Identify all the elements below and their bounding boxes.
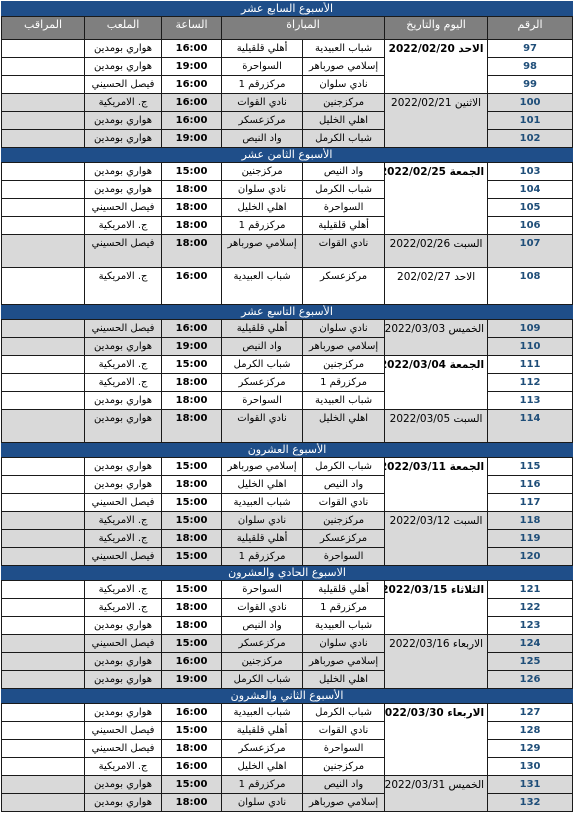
away-team: اهلي الخليل [222,758,303,776]
venue: ج. الامريكية [85,94,162,112]
home-team: شباب العبيدية [303,392,385,410]
week-title: الأسبوع الثامن عشر [2,148,573,163]
match-day-date: الاحد 2022/02/20 [385,40,488,94]
home-team: شباب الكرمل [303,458,385,476]
kickoff-time: 18:00 [162,199,222,217]
observer [2,374,85,392]
match-number: 101 [488,112,573,130]
venue: هواري بومدين [85,163,162,181]
observer [2,494,85,512]
match-row: 98إسلامي صورباهرالسواحرة19:00هواري بومدي… [2,58,573,76]
match-row: 127الاربعاء 2022/03/30شباب الكرملشباب ال… [2,704,573,722]
home-team: السواحرة [303,740,385,758]
observer [2,130,85,148]
match-row: 111الجمعة 2022/03/04مركزجنينشباب الكرمل1… [2,356,573,374]
away-team: واد النيص [222,130,303,148]
match-row: 102شباب الكرملواد النيص19:00هواري بومدين [2,130,573,148]
match-row: 125إسلامي صورباهرمركزجنين16:00هواري بومد… [2,653,573,671]
observer [2,740,85,758]
week-header-row: الأسبوع الثامن عشر [2,148,573,163]
observer [2,635,85,653]
away-team: مركزعسكر [222,635,303,653]
match-number: 117 [488,494,573,512]
observer [2,776,85,794]
observer [2,653,85,671]
venue: هواري بومدين [85,653,162,671]
away-team: شباب العبيدية [222,704,303,722]
match-number: 97 [488,40,573,58]
venue: هواري بومدين [85,58,162,76]
match-number: 125 [488,653,573,671]
venue: ج. الامريكية [85,356,162,374]
kickoff-time: 18:00 [162,181,222,199]
observer [2,704,85,722]
match-number: 103 [488,163,573,181]
home-team: نادي سلوان [303,635,385,653]
home-team: نادي سلوان [303,76,385,94]
away-team: مركزرقم 1 [222,76,303,94]
match-number: 123 [488,617,573,635]
kickoff-time: 18:00 [162,530,222,548]
kickoff-time: 16:00 [162,94,222,112]
kickoff-time: 18:00 [162,392,222,410]
kickoff-time: 15:00 [162,494,222,512]
kickoff-time: 18:00 [162,794,222,812]
kickoff-time: 18:00 [162,476,222,494]
observer [2,581,85,599]
match-row: 104شباب الكرملنادي سلوان18:00هواري بومدي… [2,181,573,199]
match-row: 126اهلي الخليلشباب الكرمل19:00هواري بومد… [2,671,573,689]
home-team: واد النيص [303,776,385,794]
observer [2,320,85,338]
match-row: 114السبت 2022/03/05اهلي الخليلنادي القوا… [2,410,573,443]
away-team: نادي القوات [222,94,303,112]
match-row: 123شباب العبيديةواد النيص18:00هواري بومد… [2,617,573,635]
home-team: نادي القوات [303,235,385,268]
match-day-date: الجمعة 2022/03/04 [385,356,488,410]
home-team: مركزرقم 1 [303,374,385,392]
home-team: مركزعسكر [303,530,385,548]
venue: هواري بومدين [85,617,162,635]
away-team: مركزعسكر [222,374,303,392]
match-day-date: السبت 2022/03/05 [385,410,488,443]
home-team: واد النيص [303,163,385,181]
kickoff-time: 18:00 [162,217,222,235]
match-row: 99نادي سلوانمركزرقم 116:00فيصل الحسيني [2,76,573,94]
observer [2,458,85,476]
away-team: نادي سلوان [222,794,303,812]
match-day-date: الاربعاء 2022/03/16 [385,635,488,689]
kickoff-time: 18:00 [162,410,222,443]
home-team: مركزرقم 1 [303,599,385,617]
kickoff-time: 19:00 [162,58,222,76]
match-number: 110 [488,338,573,356]
match-row: 130مركزجنيناهلي الخليل16:00ج. الامريكية [2,758,573,776]
match-row: 120السواحرةمركزرقم 115:00فيصل الحسيني [2,548,573,566]
away-team: السواحرة [222,392,303,410]
schedule-body: الأسبوع السابع عشر الرقم اليوم والتاريخ … [2,2,573,812]
away-team: مركزرقم 1 [222,776,303,794]
away-team: مركزرقم 1 [222,217,303,235]
match-number: 126 [488,671,573,689]
kickoff-time: 19:00 [162,671,222,689]
kickoff-time: 16:00 [162,40,222,58]
kickoff-time: 19:00 [162,130,222,148]
col-date-header: اليوم والتاريخ [385,17,488,40]
venue: ج. الامريكية [85,512,162,530]
match-number: 119 [488,530,573,548]
observer [2,356,85,374]
venue: هواري بومدين [85,671,162,689]
match-number: 104 [488,181,573,199]
observer [2,94,85,112]
away-team: مركزعسكر [222,112,303,130]
away-team: السواحرة [222,581,303,599]
observer [2,617,85,635]
match-row: 106أهلي قلقيليةمركزرقم 118:00ج. الامريكي… [2,217,573,235]
match-row: 119مركزعسكرأهلي قلقيلية18:00ج. الامريكية [2,530,573,548]
match-schedule-sheet: الأسبوع السابع عشر الرقم اليوم والتاريخ … [0,0,574,832]
match-number: 106 [488,217,573,235]
match-number: 114 [488,410,573,443]
match-row: 115الجمعة 2022/03/11شباب الكرملإسلامي صو… [2,458,573,476]
observer [2,758,85,776]
match-row: 129السواحرةمركزعسكر18:00فيصل الحسيني [2,740,573,758]
kickoff-time: 16:00 [162,704,222,722]
kickoff-time: 16:00 [162,112,222,130]
away-team: شباب الكرمل [222,356,303,374]
kickoff-time: 15:00 [162,458,222,476]
match-number: 109 [488,320,573,338]
venue: هواري بومدين [85,392,162,410]
home-team: شباب العبيدية [303,40,385,58]
home-team: مركزجنين [303,758,385,776]
match-day-date: الخميس 2022/03/31 [385,776,488,812]
home-team: اهلي الخليل [303,112,385,130]
away-team: شباب العبيدية [222,268,303,305]
match-number: 124 [488,635,573,653]
match-row: 122مركزرقم 1نادي القوات18:00ج. الامريكية [2,599,573,617]
home-team: اهلي الخليل [303,410,385,443]
venue: هواري بومدين [85,776,162,794]
match-row: 124الاربعاء 2022/03/16نادي سلوانمركزعسكر… [2,635,573,653]
match-row: 108الاحد 202/02/27مركزعسكرشباب العبيدية1… [2,268,573,305]
observer [2,671,85,689]
away-team: اهلي الخليل [222,476,303,494]
week-title: الأسبوع العشرون [2,443,573,458]
match-row: 113شباب العبيديةالسواحرة18:00هواري بومدي… [2,392,573,410]
observer [2,163,85,181]
kickoff-time: 15:00 [162,776,222,794]
week-title: الأسبوع التاسع عشر [2,305,573,320]
away-team: واد النيص [222,617,303,635]
match-day-date: السبت 2022/02/26 [385,235,488,268]
home-team: نادي سلوان [303,320,385,338]
home-team: نادي القوات [303,494,385,512]
match-number: 128 [488,722,573,740]
column-header-row: الرقم اليوم والتاريخ المباراة الساعة الم… [2,17,573,40]
away-team: واد النيص [222,338,303,356]
away-team: مركزعسكر [222,740,303,758]
observer [2,512,85,530]
home-team: أهلي قلقيلية [303,217,385,235]
week-title: الأسبوع السابع عشر [2,2,573,17]
match-number: 111 [488,356,573,374]
kickoff-time: 15:00 [162,512,222,530]
kickoff-time: 16:00 [162,76,222,94]
venue: هواري بومدين [85,476,162,494]
venue: ج. الامريكية [85,530,162,548]
kickoff-time: 15:00 [162,722,222,740]
match-row: 109الخميس 2022/03/03نادي سلوانأهلي قلقيل… [2,320,573,338]
venue: فيصل الحسيني [85,548,162,566]
match-number: 122 [488,599,573,617]
observer [2,217,85,235]
home-team: إسلامي صورباهر [303,58,385,76]
match-row: 131الخميس 2022/03/31واد النيصمركزرقم 115… [2,776,573,794]
away-team: مركزرقم 1 [222,548,303,566]
venue: فيصل الحسيني [85,76,162,94]
match-row: 116واد النيصاهلي الخليل18:00هواري بومدين [2,476,573,494]
match-number: 99 [488,76,573,94]
away-team: نادي سلوان [222,512,303,530]
kickoff-time: 16:00 [162,320,222,338]
observer [2,76,85,94]
venue: فيصل الحسيني [85,722,162,740]
away-team: نادي سلوان [222,181,303,199]
venue: ج. الامريكية [85,758,162,776]
kickoff-time: 16:00 [162,268,222,305]
observer [2,530,85,548]
venue: فيصل الحسيني [85,740,162,758]
match-number: 100 [488,94,573,112]
match-day-date: الجمعة 2022/03/11 [385,458,488,512]
week-header-row: الأسبوع السابع عشر [2,2,573,17]
match-number: 115 [488,458,573,476]
home-team: اهلي الخليل [303,671,385,689]
venue: ج. الامريكية [85,581,162,599]
observer [2,338,85,356]
observer [2,722,85,740]
away-team: شباب الكرمل [222,671,303,689]
match-row: 110إسلامي صورباهرواد النيص19:00هواري بوم… [2,338,573,356]
observer [2,199,85,217]
col-observer-header: المراقب [2,17,85,40]
away-team: أهلي قلقيلية [222,722,303,740]
away-team: اهلي الخليل [222,199,303,217]
col-time-header: الساعة [162,17,222,40]
match-row: 97الاحد 2022/02/20شباب العبيديةأهلي قلقي… [2,40,573,58]
match-day-date: الاثنين 2022/02/21 [385,94,488,148]
match-day-date: السبت 2022/03/12 [385,512,488,566]
away-team: السواحرة [222,58,303,76]
venue: هواري بومدين [85,458,162,476]
home-team: نادي القوات [303,722,385,740]
schedule-table: الأسبوع السابع عشر الرقم اليوم والتاريخ … [1,1,573,812]
observer [2,392,85,410]
match-number: 105 [488,199,573,217]
match-number: 107 [488,235,573,268]
venue: هواري بومدين [85,794,162,812]
home-team: مركزجنين [303,94,385,112]
col-field-header: الملعب [85,17,162,40]
kickoff-time: 18:00 [162,374,222,392]
match-row: 132إسلامي صورباهرنادي سلوان18:00هواري بو… [2,794,573,812]
match-number: 102 [488,130,573,148]
away-team: مركزجنين [222,653,303,671]
kickoff-time: 18:00 [162,235,222,268]
observer [2,548,85,566]
match-day-date: الجمعة 2022/02/25 [385,163,488,235]
observer [2,40,85,58]
match-day-date: الاربعاء 2022/03/30 [385,704,488,776]
away-team: أهلي قلقيلية [222,320,303,338]
away-team: إسلامي صورباهر [222,458,303,476]
venue: فيصل الحسيني [85,199,162,217]
week-header-row: الاسبوع الحادي والعشرون [2,566,573,581]
kickoff-time: 15:00 [162,548,222,566]
home-team: السواحرة [303,548,385,566]
kickoff-time: 16:00 [162,653,222,671]
venue: هواري بومدين [85,181,162,199]
kickoff-time: 15:00 [162,581,222,599]
home-team: إسلامي صورباهر [303,338,385,356]
week-title: الأسبوع الثاني والعشرون [2,689,573,704]
venue: ج. الامريكية [85,599,162,617]
home-team: السواحرة [303,199,385,217]
observer [2,58,85,76]
observer [2,112,85,130]
match-number: 131 [488,776,573,794]
venue: فيصل الحسيني [85,320,162,338]
match-number: 112 [488,374,573,392]
venue: هواري بومدين [85,704,162,722]
match-number: 98 [488,58,573,76]
match-row: 100الاثنين 2022/02/21مركزجنيننادي القوات… [2,94,573,112]
match-row: 112مركزرقم 1مركزعسكر18:00ج. الامريكية [2,374,573,392]
venue: هواري بومدين [85,410,162,443]
venue: فيصل الحسيني [85,635,162,653]
venue: ج. الامريكية [85,268,162,305]
away-team: شباب العبيدية [222,494,303,512]
match-row: 101اهلي الخليلمركزعسكر16:00هواري بومدين [2,112,573,130]
venue: ج. الامريكية [85,374,162,392]
match-row: 128نادي القواتأهلي قلقيلية15:00فيصل الحس… [2,722,573,740]
home-team: واد النيص [303,476,385,494]
kickoff-time: 16:00 [162,758,222,776]
home-team: شباب الكرمل [303,704,385,722]
match-day-date: الخميس 2022/03/03 [385,320,488,356]
match-number: 113 [488,392,573,410]
venue: هواري بومدين [85,338,162,356]
away-team: أهلي قلقيلية [222,530,303,548]
venue: هواري بومدين [85,112,162,130]
observer [2,476,85,494]
match-row: 105السواحرةاهلي الخليل18:00فيصل الحسيني [2,199,573,217]
venue: فيصل الحسيني [85,494,162,512]
home-team: مركزجنين [303,356,385,374]
week-header-row: الأسبوع التاسع عشر [2,305,573,320]
home-team: إسلامي صورباهر [303,794,385,812]
col-match-header: المباراة [222,17,385,40]
match-number: 127 [488,704,573,722]
kickoff-time: 15:00 [162,356,222,374]
kickoff-time: 18:00 [162,599,222,617]
venue: هواري بومدين [85,130,162,148]
match-row: 103الجمعة 2022/02/25واد النيصمركزجنين15:… [2,163,573,181]
home-team: مركزعسكر [303,268,385,305]
col-number-header: الرقم [488,17,573,40]
observer [2,599,85,617]
match-row: 121الثلاثاء 2022/03/15أهلي قلقيليةالسواح… [2,581,573,599]
venue: ج. الامريكية [85,217,162,235]
match-day-date: الاحد 202/02/27 [385,268,488,305]
home-team: شباب الكرمل [303,130,385,148]
match-row: 117نادي القواتشباب العبيدية15:00فيصل الح… [2,494,573,512]
match-number: 116 [488,476,573,494]
kickoff-time: 15:00 [162,635,222,653]
match-number: 118 [488,512,573,530]
home-team: إسلامي صورباهر [303,653,385,671]
away-team: أهلي قلقيلية [222,40,303,58]
match-number: 108 [488,268,573,305]
kickoff-time: 15:00 [162,163,222,181]
kickoff-time: 18:00 [162,617,222,635]
home-team: مركزجنين [303,512,385,530]
match-row: 118السبت 2022/03/12مركزجنيننادي سلوان15:… [2,512,573,530]
home-team: شباب الكرمل [303,181,385,199]
match-day-date: الثلاثاء 2022/03/15 [385,581,488,635]
week-header-row: الأسبوع الثاني والعشرون [2,689,573,704]
observer [2,410,85,443]
observer [2,181,85,199]
away-team: نادي القوات [222,599,303,617]
match-number: 132 [488,794,573,812]
match-row: 107السبت 2022/02/26نادي القواتإسلامي صور… [2,235,573,268]
week-header-row: الأسبوع العشرون [2,443,573,458]
match-number: 130 [488,758,573,776]
away-team: إسلامي صورباهر [222,235,303,268]
week-title: الاسبوع الحادي والعشرون [2,566,573,581]
home-team: شباب العبيدية [303,617,385,635]
kickoff-time: 18:00 [162,740,222,758]
match-number: 120 [488,548,573,566]
venue: فيصل الحسيني [85,235,162,268]
observer [2,268,85,305]
observer [2,794,85,812]
venue: هواري بومدين [85,40,162,58]
kickoff-time: 19:00 [162,338,222,356]
match-number: 129 [488,740,573,758]
away-team: نادي القوات [222,410,303,443]
match-number: 121 [488,581,573,599]
away-team: مركزجنين [222,163,303,181]
observer [2,235,85,268]
home-team: أهلي قلقيلية [303,581,385,599]
